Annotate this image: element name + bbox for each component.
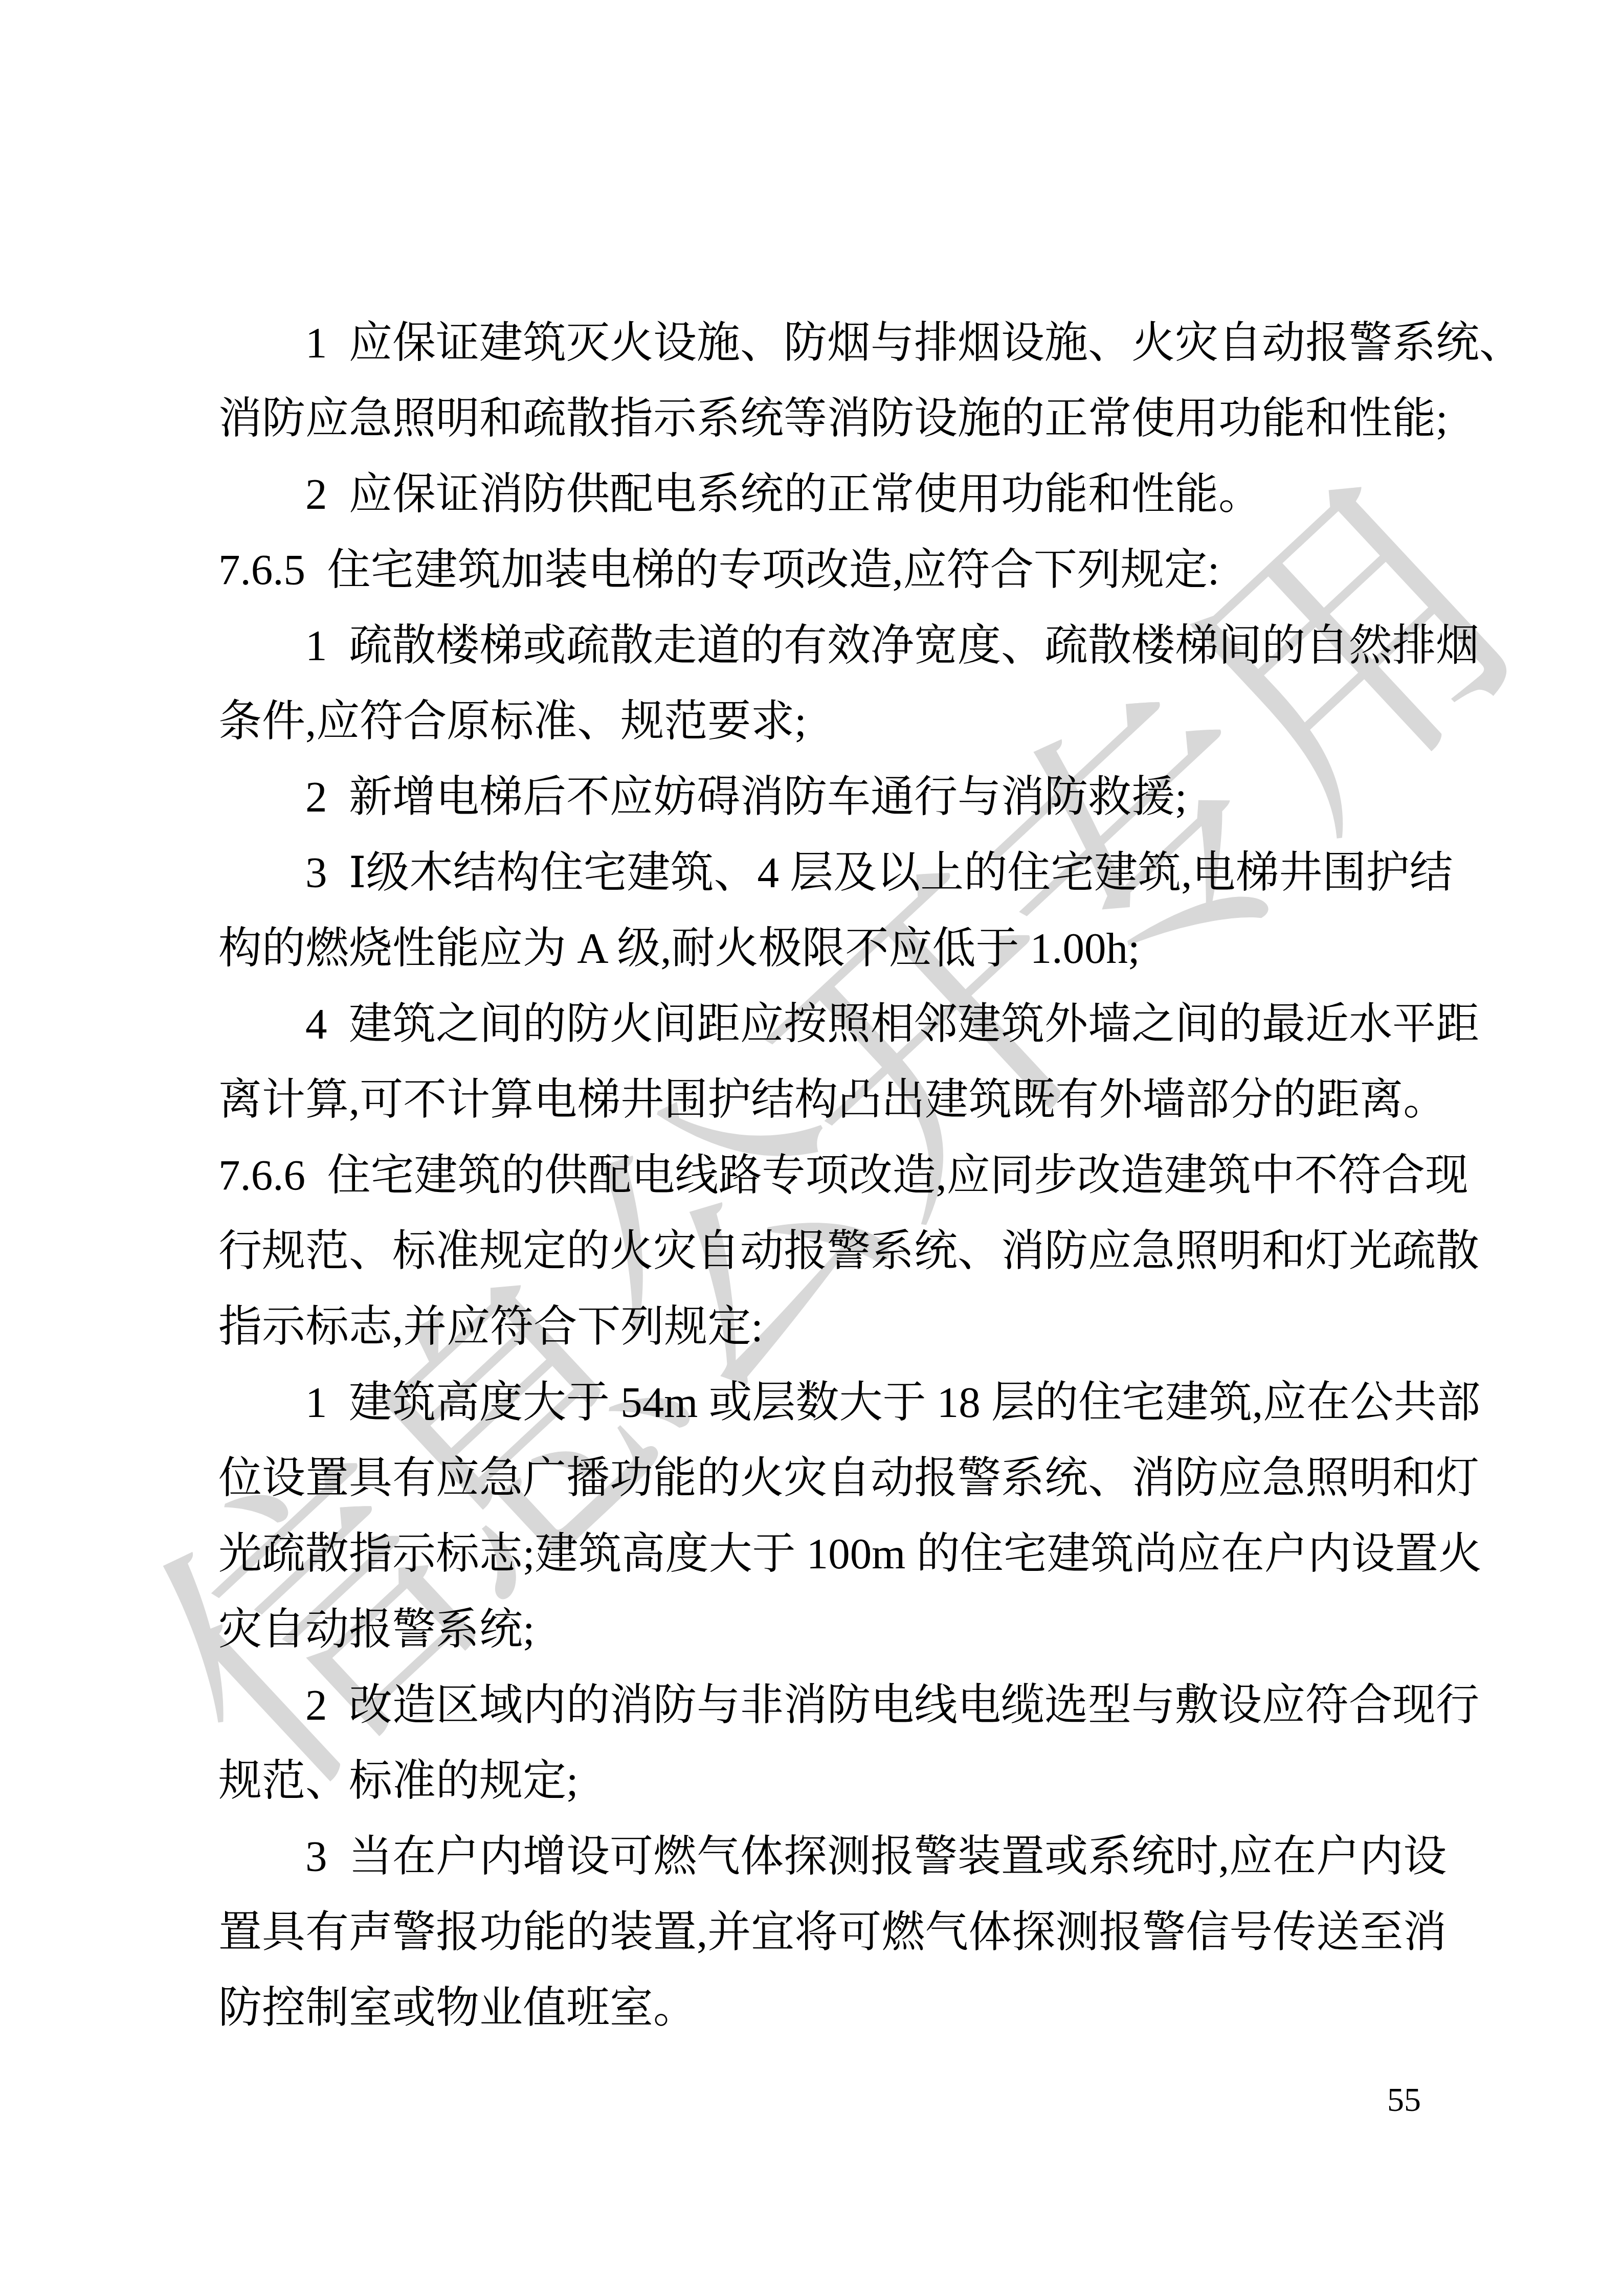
text-line: 位设置具有应急广播功能的火灾自动报警系统、消防应急照明和灯 [218, 1440, 1410, 1516]
text-line: 1 疏散楼梯或疏散走道的有效净宽度、疏散楼梯间的自然排烟 [218, 608, 1410, 684]
text-line: 光疏散指示标志;建筑高度大于 100m 的住宅建筑尚应在户内设置火 [218, 1516, 1410, 1592]
text-line: 7.6.6 住宅建筑的供配电线路专项改造,应同步改造建筑中不符合现 [218, 1138, 1410, 1213]
page-number: 55 [1387, 2082, 1421, 2118]
text-line: 1 建筑高度大于 54m 或层数大于 18 层的住宅建筑,应在公共部 [218, 1365, 1410, 1440]
text-line: 条件,应符合原标准、规范要求; [218, 684, 1410, 759]
text-line: 防控制室或物业值班室。 [218, 1970, 1410, 2046]
text-line: 离计算,可不计算电梯井围护结构凸出建筑既有外墙部分的距离。 [218, 1062, 1410, 1138]
text-line: 2 应保证消防供配电系统的正常使用功能和性能。 [218, 457, 1410, 532]
text-line: 规范、标准的规定; [218, 1743, 1410, 1819]
text-line: 置具有声警报功能的装置,并宜将可燃气体探测报警信号传送至消 [218, 1895, 1410, 1970]
text-line: 2 新增电梯后不应妨碍消防车通行与消防救援; [218, 759, 1410, 835]
text-line: 灾自动报警系统; [218, 1592, 1410, 1668]
text-line: 指示标志,并应符合下列规定: [218, 1289, 1410, 1365]
text-line: 3 当在户内增设可燃气体探测报警装置或系统时,应在户内设 [218, 1819, 1410, 1895]
text-line: 构的燃烧性能应为 A 级,耐火极限不应低于 1.00h; [218, 911, 1410, 986]
text-line: 行规范、标准规定的火灾自动报警系统、消防应急照明和灯光疏散 [218, 1213, 1410, 1289]
body-text: 1 应保证建筑灭火设施、防烟与排烟设施、火灾自动报警系统、消防应急照明和疏散指示… [218, 305, 1410, 2046]
text-line: 2 改造区域内的消防与非消防电线电缆选型与敷设应符合现行 [218, 1668, 1410, 1743]
document-page: 信息公开专用 1 应保证建筑灭火设施、防烟与排烟设施、火灾自动报警系统、消防应急… [0, 0, 1624, 2296]
text-line: 7.6.5 住宅建筑加装电梯的专项改造,应符合下列规定: [218, 532, 1410, 608]
text-line: 消防应急照明和疏散指示系统等消防设施的正常使用功能和性能; [218, 381, 1410, 457]
text-line: 4 建筑之间的防火间距应按照相邻建筑外墙之间的最近水平距 [218, 986, 1410, 1062]
text-line: 3 Ⅰ级木结构住宅建筑、4 层及以上的住宅建筑,电梯井围护结 [218, 835, 1410, 911]
text-line: 1 应保证建筑灭火设施、防烟与排烟设施、火灾自动报警系统、 [218, 305, 1410, 381]
